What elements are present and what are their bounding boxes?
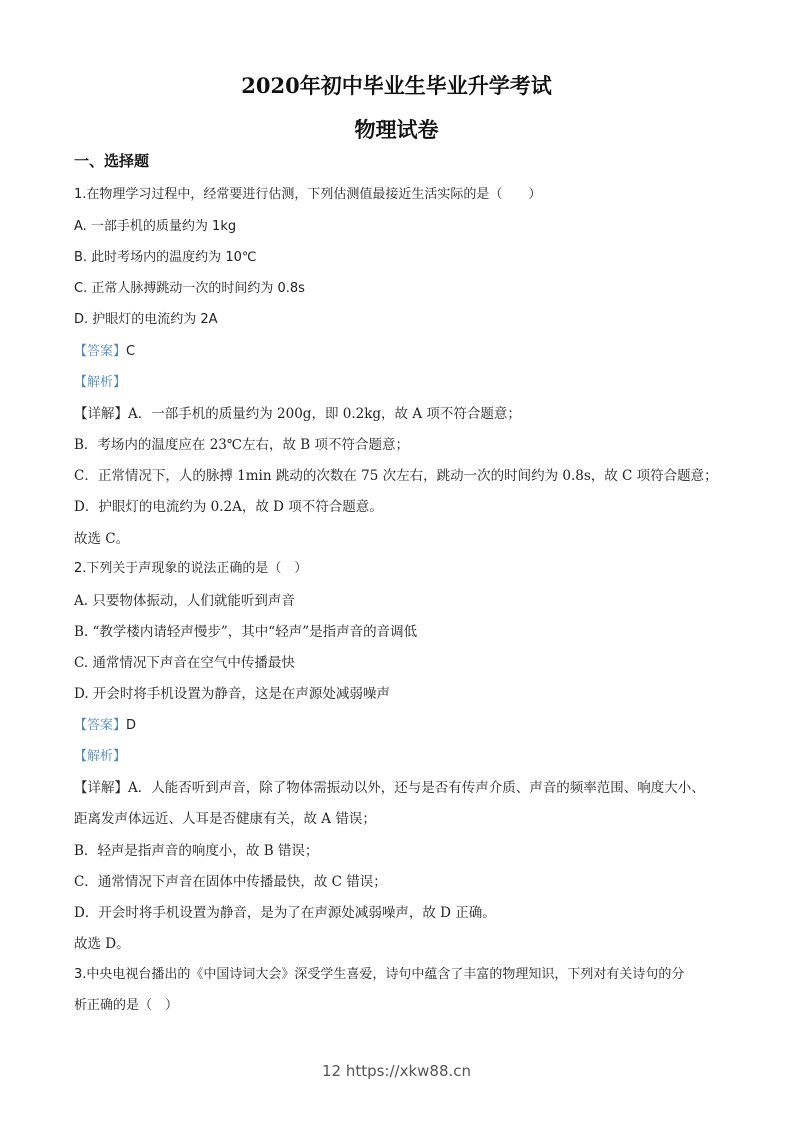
question-2-option-c: C. 通常情况下声音在空气中传播最快 [74, 651, 295, 671]
answer-value: D [126, 718, 136, 733]
question-1-option-d: D. 护眼灯的电流约为 2A [74, 308, 218, 327]
question-3-stem: 3.中央电视台播出的《中国诗词大会》深受学生喜爱，诗句中蕴含了丰富的物理知识，下… [74, 963, 684, 982]
exam-subtitle: 物理试卷 [0, 114, 793, 144]
page-footer: 12 https://xkw88.cn [0, 1062, 793, 1080]
answer-value: C [126, 344, 135, 359]
question-1-detail-line: B．考场内的温度应在 23℃左右，故 B 项不符合题意； [74, 433, 409, 453]
question-2-detail-line: B．轻声是指声音的响度小，故 B 错误； [74, 839, 318, 859]
question-2-option-a: A. 只要物体振动，人们就能听到声音 [74, 589, 295, 609]
question-2-detail-line: 距离发声体远近、人耳是否健康有关，故 A 错误； [74, 807, 376, 827]
question-1-detail-line: C．正常情况下，人的脉搏 1min 跳动的次数在 75 次左右，跳动一次的时间约… [74, 464, 718, 484]
question-1-conclusion: 故选 C。 [74, 527, 129, 547]
section-heading: 一、选择题 [74, 150, 149, 171]
question-1-answer: 【答案】C [74, 340, 135, 359]
question-2-option-d: D. 开会时将手机设置为静音，这是在声源处减弱噪声 [74, 682, 390, 702]
question-2-detail-line: D．开会时将手机设置为静音，是为了在声源处减弱噪声，故 D 正确。 [74, 901, 496, 921]
question-1-option-b: B. 此时考场内的温度约为 10℃ [74, 246, 256, 265]
question-2-detail-line: 【详解】A．人能否听到声音，除了物体需振动以外，还与是否有传声介质、声音的频率范… [74, 776, 705, 796]
exam-title: 2020年初中毕业生毕业升学考试 [0, 70, 793, 100]
question-2-conclusion: 故选 D。 [74, 932, 130, 952]
answer-label: 【答案】 [74, 344, 126, 359]
question-2-analysis-label: 【解析】 [74, 745, 126, 764]
question-1-detail-line: D．护眼灯的电流约为 0.2A，故 D 项不符合题意。 [74, 495, 383, 515]
question-1-option-c: C. 正常人脉搏跳动一次的时间约为 0.8s [74, 277, 305, 296]
question-1-detail-line: 【详解】A．一部手机的质量约为 200g，即 0.2kg，故 A 项不符合题意； [74, 402, 521, 422]
question-2-stem: 2.下列关于声现象的说法正确的是（ ） [74, 557, 307, 576]
question-2-option-b: B. “教学楼内请轻声慢步”，其中“轻声”是指声音的音调低 [74, 620, 417, 640]
question-1-option-a: A. 一部手机的质量约为 1kg [74, 215, 236, 234]
question-2-answer: 【答案】D [74, 714, 136, 733]
question-2-detail-line: C．通常情况下声音在固体中传播最快，故 C 错误； [74, 870, 387, 890]
question-1-analysis-label: 【解析】 [74, 371, 126, 390]
answer-label: 【答案】 [74, 718, 126, 733]
question-1-stem: 1.在物理学习过程中，经常要进行估测，下列估测值最接近生活实际的是（ ） [74, 183, 541, 202]
question-3-stem-cont: 析正确的是（ ） [74, 994, 178, 1013]
